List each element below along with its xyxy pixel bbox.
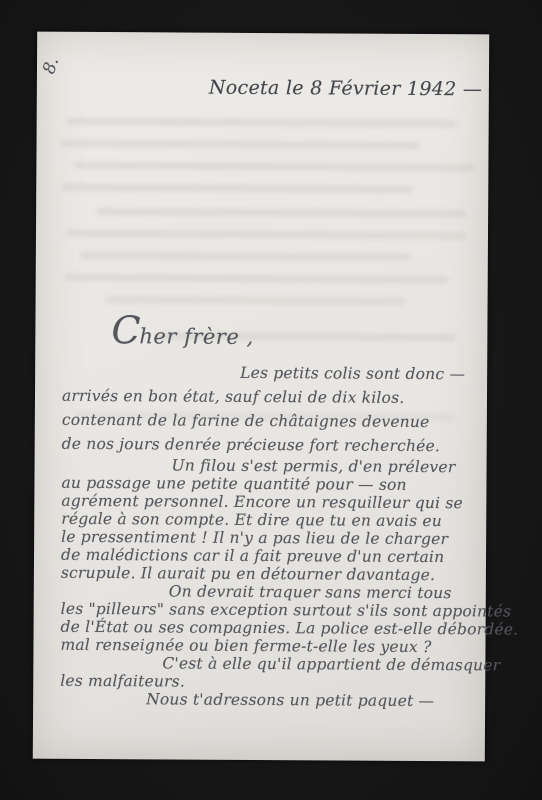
letter-page: 8. Noceta le 8 Février 1942 — Cher frère… [33, 32, 489, 762]
handwriting-line: arrivés en bon état, sauf celui de dix k… [62, 384, 487, 411]
letter-body: Les petits colis sont donc — arrivés en … [60, 360, 487, 711]
bleed-through-line [106, 296, 406, 305]
bleed-through-line [96, 208, 466, 217]
handwriting-line: On devrait traquer sans merci tous [169, 582, 486, 602]
handwriting-line: mal renseignée ou bien ferme-t-elle les … [60, 636, 485, 657]
handwriting-line: Nous t'adressons un petit paquet — [146, 690, 485, 710]
salutation: Cher frère , [111, 308, 254, 353]
handwriting-line: scrupule. Il aurait pu en détourner dava… [61, 564, 486, 585]
handwriting-line: contenant de la farine de châtaignes dev… [62, 408, 487, 435]
handwriting-line: de nos jours denrée précieuse fort reche… [62, 432, 487, 459]
scan-background: 8. Noceta le 8 Février 1942 — Cher frère… [0, 0, 542, 800]
bleed-through-line [61, 140, 421, 149]
bleed-through-line [80, 252, 410, 261]
bleed-through-text [37, 32, 489, 35]
handwriting-line: Un filou s'est permis, d'en prélever [172, 456, 487, 476]
bleed-through-line [67, 118, 457, 127]
folio-mark: 8. [39, 55, 63, 77]
bleed-through-line [66, 230, 466, 239]
handwriting-line: les malfaiteurs. [60, 672, 485, 693]
bleed-through-line [74, 162, 474, 171]
bleed-through-line [62, 184, 412, 193]
date-line: Noceta le 8 Février 1942 — [209, 77, 482, 101]
bleed-through-line [64, 274, 449, 283]
handwriting-line: C'est à elle qu'il appartient de démasqu… [162, 654, 485, 674]
handwriting-line: Les petits colis sont donc — [240, 361, 487, 387]
